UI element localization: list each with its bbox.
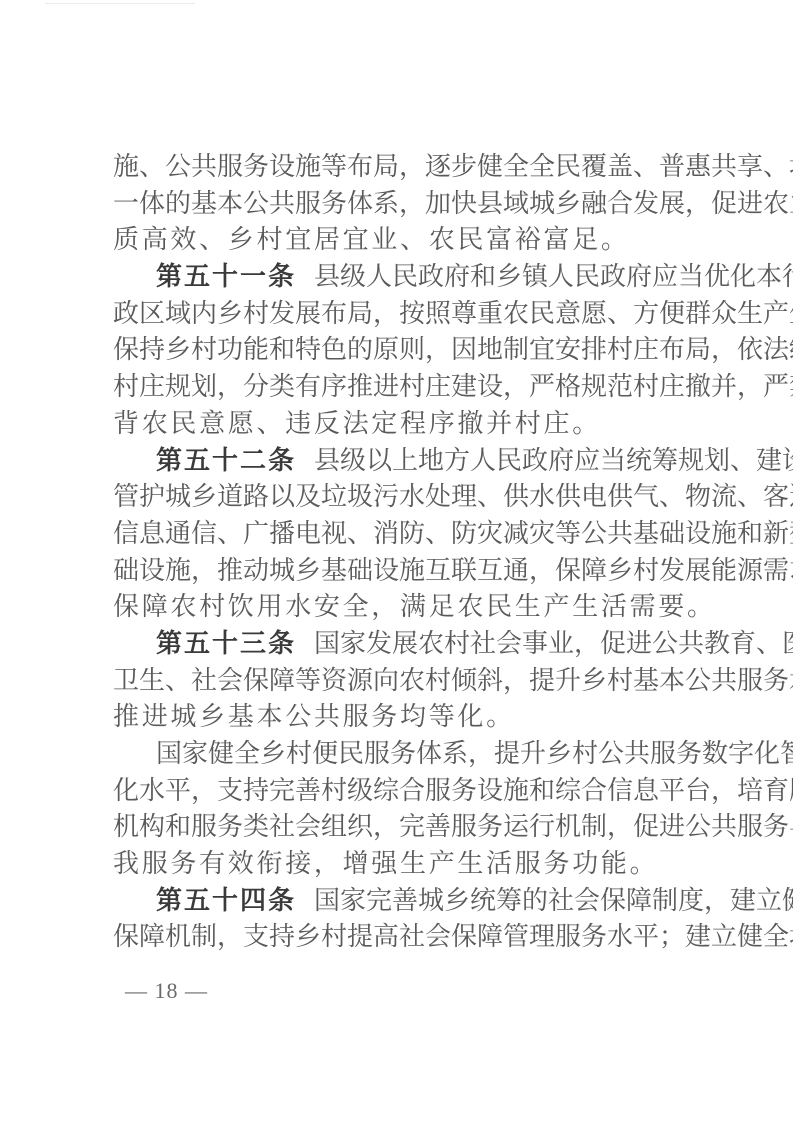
line-text: 政区域内乡村发展布局，按照尊重农民意愿、方便群众生产生活、 <box>113 299 793 329</box>
text-line: 推进城乡基本公共服务均等化。 <box>113 699 686 736</box>
text-line: 机构和服务类社会组织，完善服务运行机制，促进公共服务与自 <box>113 809 686 846</box>
text-line: 管护城乡道路以及垃圾污水处理、供水供电供气、物流、客运、 <box>113 479 686 516</box>
line-text: 推进城乡基本公共服务均等化。 <box>113 702 515 732</box>
line-text: 保障机制，支持乡村提高社会保障管理服务水平；建立健全城乡 <box>113 922 793 952</box>
text-line: 背农民意愿、违反法定程序撤并村庄。 <box>113 406 686 443</box>
text-line: 村庄规划，分类有序推进村庄建设，严格规范村庄撤并，严禁违 <box>113 369 686 406</box>
text-line: 化水平，支持完善村级综合服务设施和综合信息平台，培育服务 <box>113 773 686 810</box>
line-text: 化水平，支持完善村级综合服务设施和综合信息平台，培育服务 <box>113 776 793 806</box>
article-number: 第五十四条 <box>156 886 296 916</box>
line-text: 施、公共服务设施等布局，逐步健全全民覆盖、普惠共享、城乡 <box>113 152 793 182</box>
line-text: 一体的基本公共服务体系，加快县域城乡融合发展，促进农业高 <box>113 189 793 219</box>
text-line: 础设施，推动城乡基础设施互联互通，保障乡村发展能源需求， <box>113 553 686 590</box>
paragraph-continuation: 施、公共服务设施等布局，逐步健全全民覆盖、普惠共享、城乡 一体的基本公共服务体系… <box>113 149 686 259</box>
article-number: 第五十三条 <box>156 629 296 659</box>
line-text: 县级以上地方人民政府应当统筹规划、建设、 <box>314 446 793 476</box>
document-body: 施、公共服务设施等布局，逐步健全全民覆盖、普惠共享、城乡 一体的基本公共服务体系… <box>113 149 686 956</box>
article-53: 第五十三条国家发展农村社会事业，促进公共教育、医疗 卫生、社会保障等资源向农村倾… <box>113 626 686 736</box>
line-text: 础设施，推动城乡基础设施互联互通，保障乡村发展能源需求， <box>113 556 793 586</box>
line-text: 我服务有效衔接，增强生产生活服务功能。 <box>113 849 658 879</box>
text-line: 保障农村饮用水安全，满足农民生产生活需要。 <box>113 589 686 626</box>
article-number: 第五十二条 <box>156 446 296 476</box>
text-line: 我服务有效衔接，增强生产生活服务功能。 <box>113 846 686 883</box>
page-number: — 18 — <box>125 978 208 1004</box>
text-line: 信息通信、广播电视、消防、防灾减灾等公共基础设施和新型基 <box>113 516 686 553</box>
line-text: 保持乡村功能和特色的原则，因地制宜安排村庄布局，依法编制 <box>113 335 793 365</box>
article-53-paragraph-2: 国家健全乡村便民服务体系，提升乡村公共服务数字化智能 化水平，支持完善村级综合服… <box>113 736 686 883</box>
line-text: 背农民意愿、违反法定程序撤并村庄。 <box>113 409 601 439</box>
line-text: 国家发展农村社会事业，促进公共教育、医疗 <box>314 629 793 659</box>
text-line: 国家健全乡村便民服务体系，提升乡村公共服务数字化智能 <box>113 736 686 773</box>
article-52: 第五十二条县级以上地方人民政府应当统筹规划、建设、 管护城乡道路以及垃圾污水处理… <box>113 443 686 626</box>
text-line: 政区域内乡村发展布局，按照尊重农民意愿、方便群众生产生活、 <box>113 296 686 333</box>
line-text: 国家完善城乡统筹的社会保障制度，建立健全 <box>314 886 793 916</box>
text-line: 保持乡村功能和特色的原则，因地制宜安排村庄布局，依法编制 <box>113 332 686 369</box>
article-51: 第五十一条县级人民政府和乡镇人民政府应当优化本行 政区域内乡村发展布局，按照尊重… <box>113 259 686 442</box>
text-line: 第五十四条国家完善城乡统筹的社会保障制度，建立健全 <box>113 883 686 920</box>
article-number: 第五十一条 <box>156 262 296 292</box>
text-line: 第五十三条国家发展农村社会事业，促进公共教育、医疗 <box>113 626 686 663</box>
scan-artifact-line <box>45 3 195 4</box>
text-line: 第五十二条县级以上地方人民政府应当统筹规划、建设、 <box>113 443 686 480</box>
text-line: 施、公共服务设施等布局，逐步健全全民覆盖、普惠共享、城乡 <box>113 149 686 186</box>
line-text: 管护城乡道路以及垃圾污水处理、供水供电供气、物流、客运、 <box>113 482 793 512</box>
text-line: 卫生、社会保障等资源向农村倾斜，提升乡村基本公共服务水平， <box>113 663 686 700</box>
line-text: 国家健全乡村便民服务体系，提升乡村公共服务数字化智能 <box>156 739 793 769</box>
line-text: 机构和服务类社会组织，完善服务运行机制，促进公共服务与自 <box>113 812 793 842</box>
article-54: 第五十四条国家完善城乡统筹的社会保障制度，建立健全 保障机制，支持乡村提高社会保… <box>113 883 686 956</box>
text-line: 一体的基本公共服务体系，加快县域城乡融合发展，促进农业高 <box>113 186 686 223</box>
line-text: 县级人民政府和乡镇人民政府应当优化本行 <box>314 262 793 292</box>
line-text: 质高效、乡村宜居宜业、农民富裕富足。 <box>113 225 630 255</box>
line-text: 卫生、社会保障等资源向农村倾斜，提升乡村基本公共服务水平， <box>113 666 793 696</box>
text-line: 保障机制，支持乡村提高社会保障管理服务水平；建立健全城乡 <box>113 919 686 956</box>
text-line: 质高效、乡村宜居宜业、农民富裕富足。 <box>113 222 686 259</box>
text-line: 第五十一条县级人民政府和乡镇人民政府应当优化本行 <box>113 259 686 296</box>
line-text: 信息通信、广播电视、消防、防灾减灾等公共基础设施和新型基 <box>113 519 793 549</box>
line-text: 保障农村饮用水安全，满足农民生产生活需要。 <box>113 592 716 622</box>
line-text: 村庄规划，分类有序推进村庄建设，严格规范村庄撤并，严禁违 <box>113 372 793 402</box>
